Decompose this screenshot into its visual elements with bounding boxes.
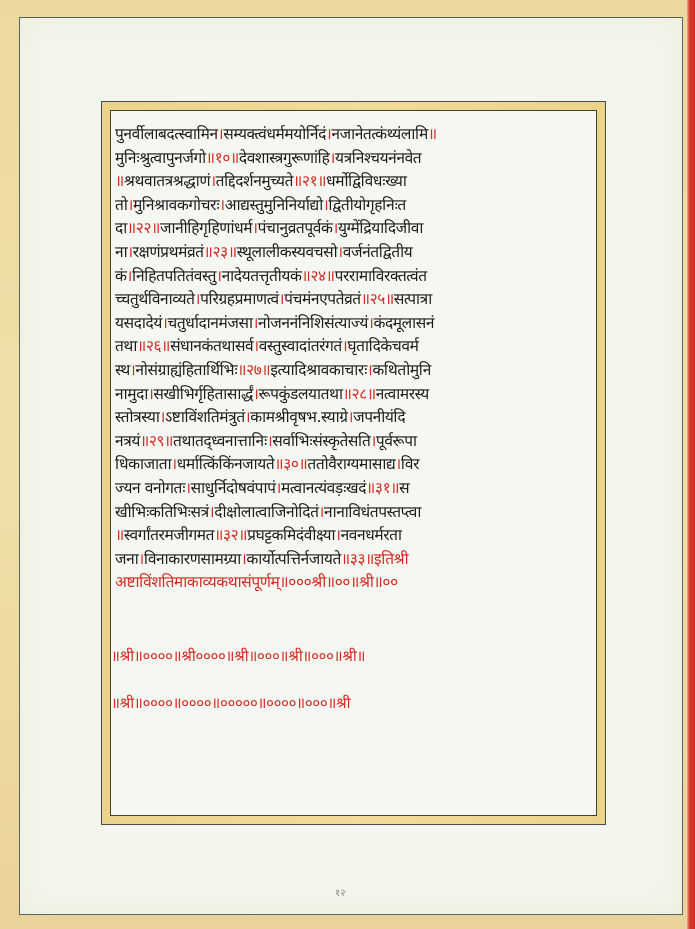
- text-segment: परिग्रहप्रमाणत्वं: [200, 290, 279, 308]
- text-segment: पंचमंनएपतेव्रतं: [284, 290, 361, 308]
- text-segment: जना: [115, 550, 138, 568]
- text-segment: यत्रनिश्चयनंनवेत: [335, 149, 421, 167]
- text-segment: चतुर्धादानमंजसा: [167, 314, 252, 332]
- rubric-segment: ॥२२॥: [127, 219, 160, 237]
- text-segment: कामश्रीवृषभ.स्याग्रे: [250, 408, 347, 426]
- manuscript-line: नामुदा।सखीभिर्गृहितासार्द्धं।रूपकुंडलयात…: [115, 383, 592, 407]
- text-segment: कार्योत्पत्तिर्नजायते: [246, 550, 341, 568]
- rubric-segment: ॥२४॥: [302, 267, 335, 285]
- text-segment: जानीहिगृहिणांधर्म: [160, 219, 252, 237]
- text-segment: दीक्षोलात्वाजिनोदितं: [214, 503, 318, 521]
- text-segment: कं: [115, 267, 127, 285]
- text-segment: रक्षणंप्रथमंव्रतं: [133, 243, 204, 261]
- rubric-segment: ॥२६॥: [137, 337, 170, 355]
- text-segment: नोसंग्राह्यंहितार्थिभिः: [135, 361, 237, 379]
- text-segment: नत्रयं: [115, 432, 140, 450]
- text-segment: पुनर्वीलाबदत्स्वामिन: [115, 125, 218, 143]
- text-segment: ना: [115, 243, 127, 261]
- text-segment: ततोवैराग्यमासाद्य: [307, 455, 395, 473]
- text-segment: नामुदा: [115, 385, 148, 403]
- manuscript-line: मुनिःश्रुत्वापुनर्जगो॥१०॥देवशास्त्रगुरूण…: [115, 147, 592, 171]
- text-segment: तथातद्ध्वनात्तानिः: [173, 432, 267, 450]
- text-segment: सर्वाभिःसंस्कृतेसति: [272, 432, 370, 450]
- text-segment: मुनिश्रावकगोचरः: [133, 196, 219, 214]
- text-segment: वर्जनंतद्वितीय: [343, 243, 413, 261]
- text-segment: खीभिःकतिभिःसत्रं: [115, 503, 209, 521]
- text-segment: द्वितीयोगृहनिःत: [328, 196, 406, 214]
- manuscript-line: ॥श्रथवातत्रश्रद्धाणं।तद्दिदर्शनमुच्यते॥२…: [115, 170, 592, 194]
- text-segment: स्वर्गांतरमजीगमत: [124, 526, 214, 544]
- text-segment: विर: [401, 455, 419, 473]
- manuscript-line: ॥स्वर्गांतरमजीगमत॥३२॥प्रघट्टकमिदंवीक्ष्य…: [115, 524, 592, 548]
- rubric-segment: ॥१०॥: [206, 149, 239, 167]
- manuscript-line: यसदादेयं।चतुर्धादानमंजसा।नोजननंनिशिसंत्य…: [115, 312, 592, 336]
- text-segment: संधानकंतथासर्व: [170, 337, 253, 355]
- manuscript-line: नत्रयं॥२९॥तथातद्ध्वनात्तानिः।सर्वाभिःसंस…: [115, 430, 592, 454]
- text-segment: तद्दिदर्शनमुच्यते: [216, 172, 293, 190]
- text-segment: मत्वानत्यंवड़ःखदं: [281, 479, 366, 497]
- text-segment: श्रथवातत्रश्रद्धाणं: [124, 172, 210, 190]
- rubric-segment: ॥: [115, 172, 124, 190]
- rubric-segment: ॥२८॥: [343, 385, 376, 403]
- text-segment: दा: [115, 219, 127, 237]
- rubric-segment: ॥३३॥इतिश्री: [341, 550, 408, 568]
- text-segment: तथा: [115, 337, 137, 355]
- text-segment: सत्पात्रा: [394, 290, 432, 308]
- rubric-segment: अष्टाविंशतिमाकाव्यकथासंपूर्णम्॥०००श्री॥०…: [115, 573, 398, 591]
- text-segment: इत्यादिश्रावकाचारः: [270, 361, 367, 379]
- text-segment: घृतादिकेचवर्म: [347, 337, 418, 355]
- text-segment: ऽष्टाविंशतिमंत्रुतं: [165, 408, 245, 426]
- ornament-line-2: ॥श्री॥००००॥००००॥०००००॥००००॥०००॥श्री: [111, 693, 596, 713]
- text-segment: धिकाजाता: [115, 455, 171, 473]
- manuscript-line: कं।निहितपतितंवस्तु।नादेयतत्तृतीयकं॥२४॥पर…: [115, 265, 592, 289]
- text-segment: स्थ: [115, 361, 130, 379]
- rubric-segment: ॥२९॥: [140, 432, 173, 450]
- text-segment: स्थूलालीकस्यवचसो: [237, 243, 338, 261]
- text-segment: युग्मेंद्रियादिजीवा: [338, 219, 423, 237]
- text-segment: नोजननंनिशिसंत्याज्यं: [258, 314, 368, 332]
- manuscript-line: स्थ।नोसंग्राह्यंहितार्थिभिः॥२७॥इत्यादिश्…: [115, 359, 592, 383]
- text-segment: धर्मात्किंकिंनजायते: [177, 455, 275, 473]
- rubric-segment: ॥२१॥: [293, 172, 326, 190]
- text-segment: तो: [115, 196, 127, 214]
- text-segment: वस्तुस्वादांतरंगतं: [259, 337, 342, 355]
- text-segment: नवनधर्मरता: [341, 526, 402, 544]
- text-segment: यसदादेयं: [115, 314, 162, 332]
- text-segment: विनाकारणसामग्र्या: [144, 550, 241, 568]
- manuscript-line: ना।रक्षणंप्रथमंव्रतं॥२३॥स्थूलालीकस्यवचसो…: [115, 241, 592, 265]
- manuscript-line: खीभिःकतिभिःसत्रं।दीक्षोलात्वाजिनोदितं।ना…: [115, 501, 592, 525]
- text-segment: नानाविधंतपस्तप्त्वा: [324, 503, 421, 521]
- rubric-segment: ॥३१॥: [366, 479, 399, 497]
- text-panel: पुनर्वीलाबदत्स्वामिन।सम्यक्त्वंधर्ममयोर्…: [110, 110, 597, 816]
- text-segment: रूपकुंडलयातथा: [259, 385, 343, 403]
- manuscript-line: धिकाजाता।धर्मात्किंकिंनजायते॥३०॥ततोवैराग…: [115, 453, 592, 477]
- manuscript-line: जना।विनाकारणसामग्र्या।कार्योत्पत्तिर्नजा…: [115, 548, 592, 572]
- text-segment: सखीभिर्गृहितासार्द्धं: [153, 385, 253, 403]
- manuscript-line: तो।मुनिश्रावकगोचरः।आद्यस्तुमुनिनिर्याद्य…: [115, 194, 592, 218]
- rubric-segment: ॥३२॥: [214, 526, 247, 544]
- text-segment: नजानेतत्कंथ्यंलामि: [331, 125, 427, 143]
- manuscript-line: स्तोत्रस्या।ऽष्टाविंशतिमंत्रुतं।कामश्रीव…: [115, 406, 592, 430]
- text-segment: मुनिःश्रुत्वापुनर्जगो: [115, 149, 206, 167]
- text-segment: स: [399, 479, 409, 497]
- rubric-segment: ॥: [428, 125, 437, 143]
- manuscript-line: अष्टाविंशतिमाकाव्यकथासंपूर्णम्॥०००श्री॥०…: [115, 571, 592, 595]
- text-segment: प्रघट्टकमिदंवीक्ष्या: [247, 526, 335, 544]
- text-segment: साधुर्निदोषवंपापं: [191, 479, 276, 497]
- red-edge-strip: [687, 0, 695, 929]
- folio-page-number: १२: [335, 885, 345, 899]
- manuscript-line: तथा॥२६॥संधानकंतथासर्व।वस्तुस्वादांतरंगतं…: [115, 335, 592, 359]
- text-frame-border: पुनर्वीलाबदत्स्वामिन।सम्यक्त्वंधर्ममयोर्…: [101, 101, 606, 825]
- manuscript-line: पुनर्वीलाबदत्स्वामिन।सम्यक्त्वंधर्ममयोर्…: [115, 123, 592, 147]
- text-segment: कथितोमुनि: [372, 361, 431, 379]
- text-segment: निहितपतितंवस्तु: [132, 267, 216, 285]
- rubric-segment: ॥२५॥: [361, 290, 394, 308]
- manuscript-line: दा॥२२॥जानीहिगृहिणांधर्म।पंचानुव्रतपूर्वक…: [115, 217, 592, 241]
- manuscript-line: च्चतुर्थविनाव्यते।परिग्रहप्रमाणत्वं।पंचम…: [115, 288, 592, 312]
- text-segment: धर्मोद्विविधःख्या: [326, 172, 406, 190]
- text-segment: च्चतुर्थविनाव्यते: [115, 290, 195, 308]
- manuscript-text-block: पुनर्वीलाबदत्स्वामिन।सम्यक्त्वंधर्ममयोर्…: [115, 123, 592, 595]
- text-segment: आद्यस्तुमुनिनिर्याद्यो: [225, 196, 323, 214]
- rubric-segment: ॥२७॥: [237, 361, 270, 379]
- text-segment: सम्यक्त्वंधर्ममयोर्निदं: [223, 125, 326, 143]
- text-segment: नत्वामरस्य: [376, 385, 429, 403]
- text-segment: ज्यन वनोगतः: [115, 479, 185, 497]
- ornament-line-1: ॥श्री॥००००॥श्री००००॥श्री॥०००॥श्री॥०००॥श्…: [111, 646, 596, 666]
- text-segment: कंदमूलासनं: [373, 314, 434, 332]
- text-segment: देवशास्त्रगुरूणांहि: [239, 149, 330, 167]
- rubric-segment: ॥२३॥: [204, 243, 237, 261]
- text-segment: जपनीयंदि: [353, 408, 405, 426]
- text-segment: स्तोत्रस्या: [115, 408, 159, 426]
- text-segment: नादेयतत्तृतीयकं: [222, 267, 302, 285]
- rubric-segment: ॥३०॥: [274, 455, 307, 473]
- text-segment: पंचानुव्रतपूर्वकं: [258, 219, 333, 237]
- text-segment: पूर्वरूपा: [376, 432, 417, 450]
- text-segment: पररामाविरक्तत्वंत: [335, 267, 427, 285]
- rubric-segment: ॥: [115, 526, 124, 544]
- manuscript-line: ज्यन वनोगतः।साधुर्निदोषवंपापं।मत्वानत्यं…: [115, 477, 592, 501]
